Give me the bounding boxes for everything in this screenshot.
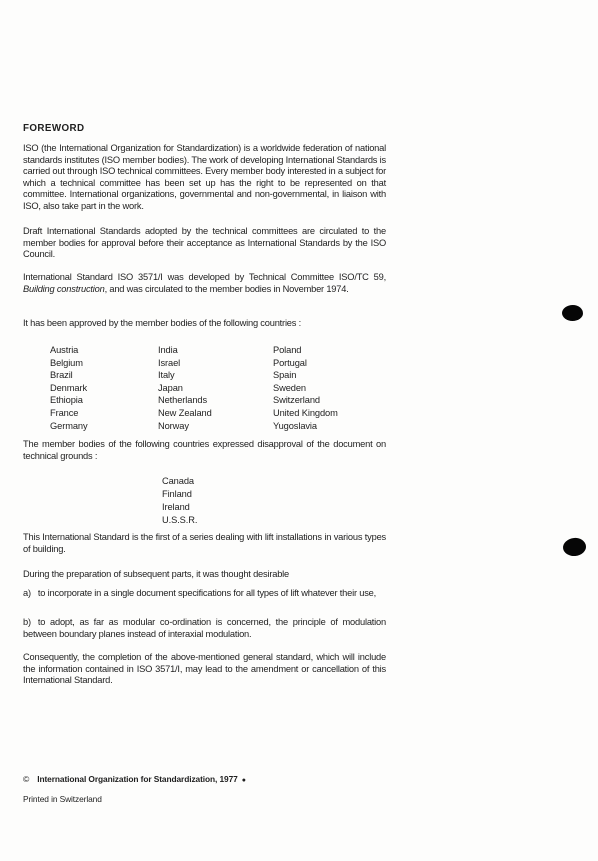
bullet-icon: ● (238, 777, 246, 784)
paragraph-during-preparation: During the preparation of subsequent par… (23, 569, 386, 581)
country-item: Austria (50, 344, 158, 357)
disapproving-countries-list: Canada Finland Ireland U.S.S.R. (162, 475, 197, 527)
country-item: India (158, 344, 273, 357)
committee-title-italic: Building construction (23, 284, 105, 294)
list-item-a-label: a) (23, 588, 38, 598)
country-item: Norway (158, 420, 273, 433)
country-item: U.S.S.R. (162, 514, 197, 527)
registration-dot-bottom-icon (562, 537, 587, 557)
country-item: Sweden (273, 382, 393, 395)
country-item: Italy (158, 369, 273, 382)
copyright-icon: © (23, 774, 37, 784)
country-item: France (50, 407, 158, 420)
developed-text-pre: International Standard ISO 3571/I was de… (23, 272, 386, 282)
country-item: Ireland (162, 501, 197, 514)
country-item: Spain (273, 369, 393, 382)
paragraph-consequently: Consequently, the completion of the abov… (23, 652, 386, 687)
list-item-b: b)to adopt, as far as modular co-ordinat… (23, 617, 386, 640)
paragraph-first-of-series: This International Standard is the first… (23, 532, 386, 555)
list-item-a: a)to incorporate in a single document sp… (23, 588, 386, 600)
copyright-text: International Organization for Standardi… (37, 774, 237, 784)
developed-text-post: , and was circulated to the member bodie… (105, 284, 349, 294)
approved-countries-list: Austria Belgium Brazil Denmark Ethiopia … (50, 344, 393, 432)
paragraph-developed-by: International Standard ISO 3571/I was de… (23, 272, 386, 295)
country-item: Canada (162, 475, 197, 488)
printed-in-line: Printed in Switzerland (23, 794, 102, 804)
list-item-b-text: to adopt, as far as modular co-ordinatio… (23, 617, 386, 639)
foreword-heading: FOREWORD (23, 123, 84, 134)
copyright-line: ©International Organization for Standard… (23, 774, 246, 784)
country-item: Poland (273, 344, 393, 357)
approved-countries-column-3: Poland Portugal Spain Sweden Switzerland… (273, 344, 393, 432)
country-item: Israel (158, 357, 273, 370)
paragraph-approved-intro: It has been approved by the member bodie… (23, 318, 386, 330)
country-item: Denmark (50, 382, 158, 395)
list-item-b-label: b) (23, 617, 38, 627)
country-item: Ethiopia (50, 394, 158, 407)
country-item: Japan (158, 382, 273, 395)
paragraph-iso-intro: ISO (the International Organization for … (23, 143, 386, 213)
approved-countries-column-1: Austria Belgium Brazil Denmark Ethiopia … (50, 344, 158, 432)
list-item-a-text: to incorporate in a single document spec… (38, 588, 376, 598)
country-item: Portugal (273, 357, 393, 370)
approved-countries-column-2: India Israel Italy Japan Netherlands New… (158, 344, 273, 432)
paragraph-draft-standards: Draft International Standards adopted by… (23, 226, 386, 261)
country-item: Netherlands (158, 394, 273, 407)
country-item: Yugoslavia (273, 420, 393, 433)
country-item: Switzerland (273, 394, 393, 407)
country-item: Germany (50, 420, 158, 433)
country-item: New Zealand (158, 407, 273, 420)
country-item: Brazil (50, 369, 158, 382)
registration-dot-top-icon (562, 305, 583, 321)
document-page: FOREWORD ISO (the International Organiza… (0, 0, 598, 861)
country-item: Finland (162, 488, 197, 501)
country-item: United Kingdom (273, 407, 393, 420)
paragraph-disapproval-intro: The member bodies of the following count… (23, 439, 386, 462)
country-item: Belgium (50, 357, 158, 370)
